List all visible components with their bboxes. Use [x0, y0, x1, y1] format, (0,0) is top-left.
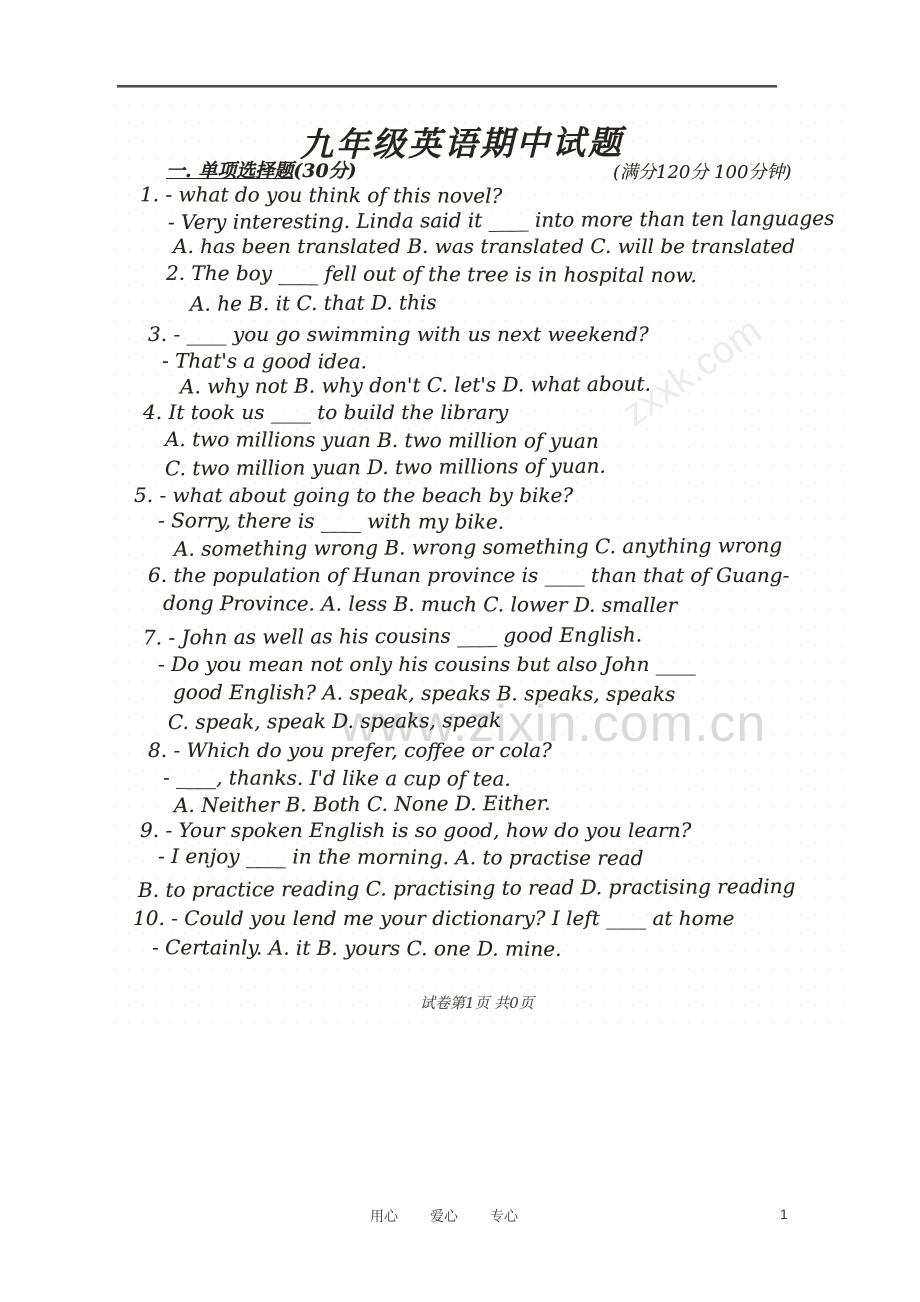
- question-line: - I enjoy ____ in the morning. A. to pra…: [158, 844, 644, 870]
- scanned-exam-image: www.zixin.com.cn zxxk.com 九年级英语期中试题 一. 单…: [108, 96, 856, 1036]
- question-line: 7. - John as well as his cousins ____ go…: [143, 622, 642, 649]
- question-line: good English? A. speak, speaks B. speaks…: [173, 680, 675, 706]
- question-line: - That's a good idea.: [162, 349, 367, 374]
- question-line: A. why not B. why don't C. let's D. what…: [180, 372, 651, 399]
- question-line: 1. - what do you think of this novel?: [140, 182, 502, 208]
- question-line: 6. the population of Hunan province is _…: [148, 563, 789, 587]
- question-line: - Sorry, there is ____ with my bike.: [158, 508, 504, 534]
- question-line: 9. - Your spoken English is so good, how…: [140, 818, 691, 842]
- question-line: C. two million yuan D. two millions of y…: [165, 454, 606, 481]
- question-line: - Do you mean not only his cousins but a…: [158, 652, 696, 676]
- question-line: - Certainly. A. it B. yours C. one D. mi…: [152, 935, 562, 961]
- question-line: C. speak, speak D. speaks, speak: [168, 708, 501, 734]
- question-line: A. two millions yuan B. two million of y…: [165, 427, 599, 453]
- header-rule: [117, 85, 777, 88]
- question-line: 2. The boy ____ fell out of the tree is …: [166, 261, 697, 287]
- footer: 用心 爱心 专心: [370, 1206, 518, 1226]
- footer-word: 用心: [370, 1206, 398, 1226]
- question-line: 5. - what about going to the beach by bi…: [134, 483, 573, 507]
- page-number: 1: [780, 1206, 788, 1222]
- question-line: - ____, thanks. I'd like a cup of tea.: [163, 765, 511, 791]
- section-heading: 一. 单项选择题(30分): [166, 156, 357, 183]
- question-line: A. something wrong B. wrong something C.…: [174, 533, 782, 561]
- score-note: (满分120分 100分钟): [613, 158, 791, 184]
- question-line: A. he B. it C. that D. this: [190, 290, 437, 316]
- scan-page-note: 试卷第1页 共0页: [420, 992, 534, 1013]
- question-line: A. Neither B. Both C. None D. Either.: [174, 791, 551, 817]
- question-line: A. has been translated B. was translated…: [173, 234, 795, 258]
- question-line: B. to practice reading C. practising to …: [138, 874, 796, 902]
- section-score: (30分): [293, 160, 356, 182]
- question-line: dong Province. A. less B. much C. lower …: [163, 591, 677, 617]
- footer-word: 爱心: [430, 1206, 458, 1226]
- question-line: 3. - ____ you go swimming with us next w…: [148, 322, 649, 346]
- section-heading-text: 一. 单项选择题: [166, 160, 293, 182]
- question-line: - Very interesting. Linda said it ____ i…: [168, 206, 834, 234]
- question-line: 10. - Could you lend me your dictionary?…: [133, 906, 735, 930]
- question-line: 4. It took us ____ to build the library: [143, 400, 508, 424]
- question-line: 8. - Which do you prefer, coffee or cola…: [148, 738, 552, 762]
- footer-word: 专心: [490, 1206, 518, 1226]
